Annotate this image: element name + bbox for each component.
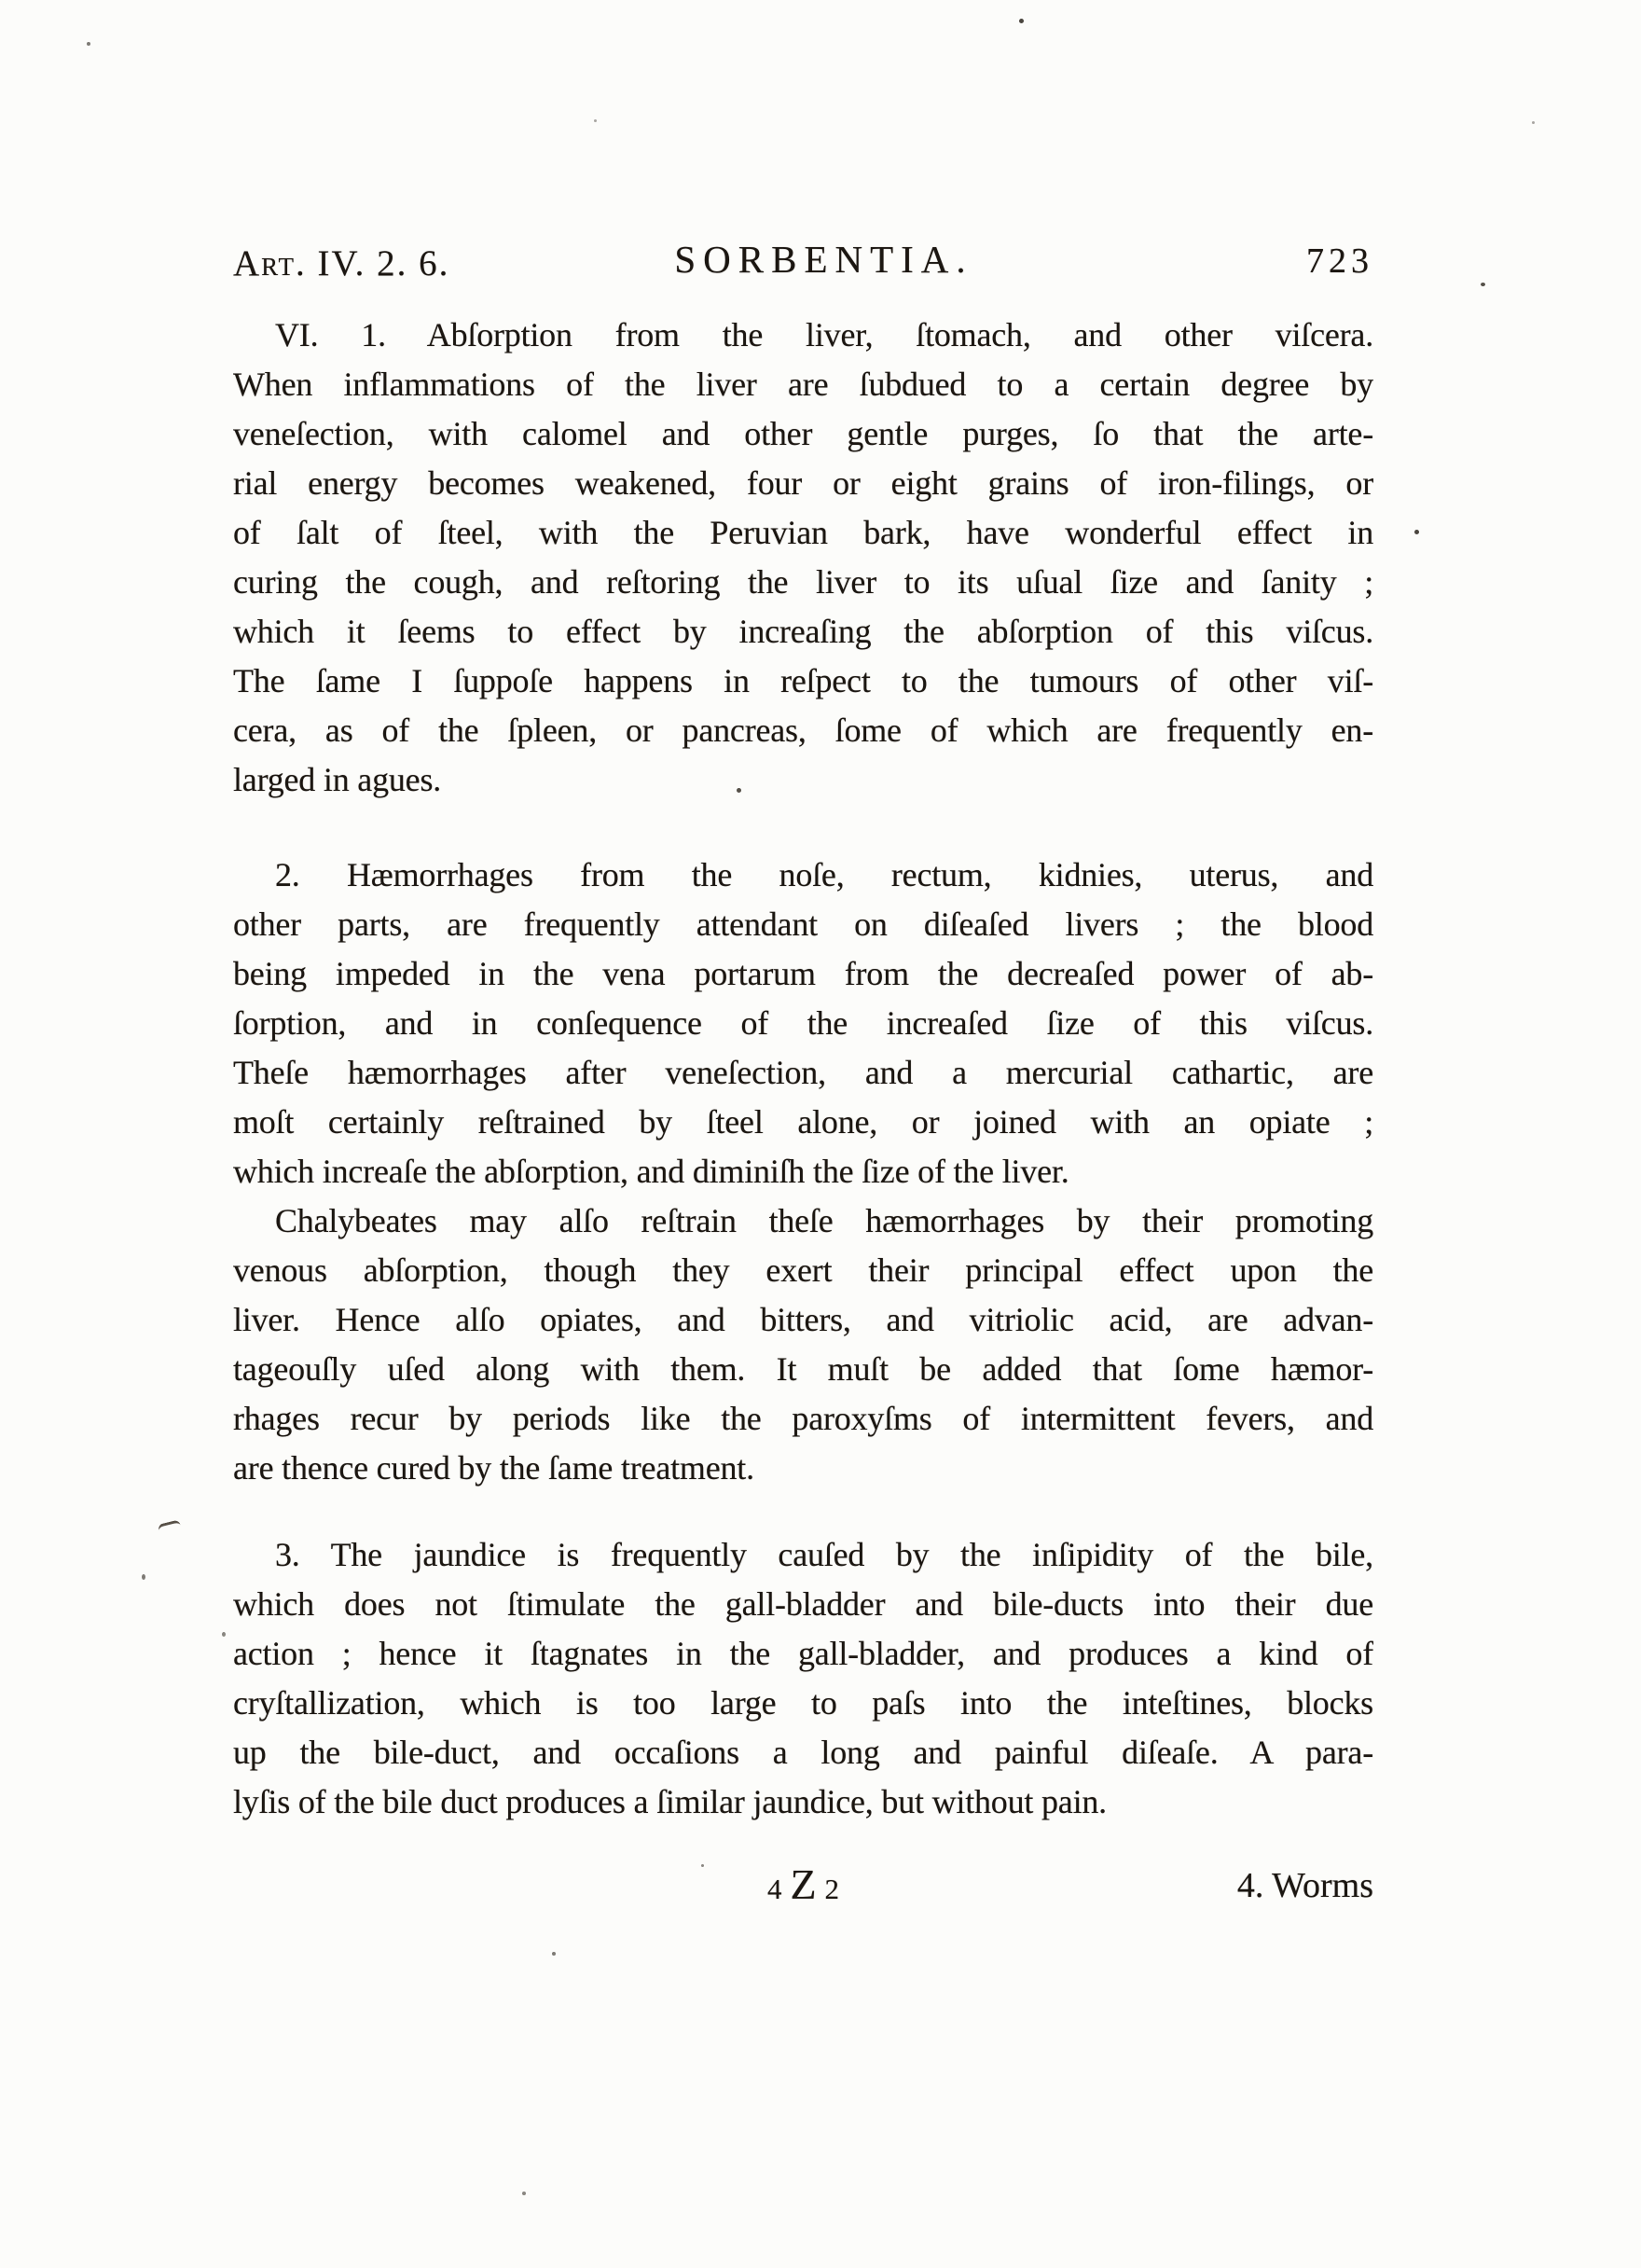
text-line: action ; hence it ſtagnates in the gall-… <box>233 1629 1373 1679</box>
text-line: rhages recur by periods like the paroxyſ… <box>233 1394 1373 1444</box>
text-line: 2. Hæmorrhages from the noſe, rectum, ki… <box>233 850 1373 900</box>
text-line: lyſis of the bile duct produces a ſimila… <box>233 1777 1373 1827</box>
text-line: 3. The jaundice is frequently cauſed by … <box>233 1530 1373 1580</box>
scan-speck <box>552 1952 556 1956</box>
text-line: The ſame I ſuppoſe happens in reſpect to… <box>233 657 1373 706</box>
text-line: cryſtallization, which is too large to p… <box>233 1679 1373 1728</box>
scan-speck <box>737 788 741 793</box>
book-page: Art. IV. 2. 6. SORBENTIA. 723 VI. 1. Abſ… <box>0 0 1641 2268</box>
paragraph-1: VI. 1. Abſorption from the liver, ſtomac… <box>233 311 1373 805</box>
text-line: cera, as of the ſpleen, or pancreas, ſom… <box>233 706 1373 755</box>
scan-speck <box>1414 530 1419 534</box>
article-number: Art. IV. 2. 6. <box>233 242 449 284</box>
page-footer: 4Z2 4. Worms <box>233 1860 1373 1919</box>
text-line: other parts, are frequently attendant on… <box>233 900 1373 949</box>
scan-speck <box>522 2192 526 2195</box>
page-header: Art. IV. 2. 6. SORBENTIA. 723 <box>233 237 1373 293</box>
scan-speck <box>701 1864 704 1867</box>
paragraph-group-2: 2. Hæmorrhages from the noſe, rectum, ki… <box>233 850 1373 1493</box>
text-line: tageouſly uſed along with them. It muſt … <box>233 1345 1373 1394</box>
text-line: VI. 1. Abſorption from the liver, ſtomac… <box>233 311 1373 360</box>
scan-speck <box>1532 121 1535 124</box>
text-line: Chalybeates may alſo reſtrain theſe hæmo… <box>233 1196 1373 1246</box>
signature-letter: Z <box>781 1860 824 1908</box>
page-number: 723 <box>1306 241 1373 282</box>
scan-speck <box>87 42 90 46</box>
text-line: ſorption, and in conſequence of the incr… <box>233 999 1373 1048</box>
text-line: which increaſe the abſorption, and dimin… <box>233 1147 1373 1196</box>
text-line: which does not ſtimulate the gall-bladde… <box>233 1580 1373 1629</box>
text-line: up the bile-duct, and occaſions a long a… <box>233 1728 1373 1777</box>
catchword: 4. Worms <box>1237 1865 1373 1906</box>
signature-mark: 4Z2 <box>767 1860 839 1909</box>
text-line: moſt certainly reſtrained by ſteel alone… <box>233 1098 1373 1147</box>
text-line: veneſection, with calomel and other gent… <box>233 409 1373 459</box>
text-line: liver. Hence alſo opiates, and bitters, … <box>233 1295 1373 1345</box>
signature-number-right: 2 <box>825 1873 840 1905</box>
text-line: which it ſeems to effect by increaſing t… <box>233 607 1373 657</box>
scan-speck <box>1019 19 1024 23</box>
text-line: of ſalt of ſteel, with the Peruvian bark… <box>233 508 1373 558</box>
text-line: Theſe hæmorrhages after veneſection, and… <box>233 1048 1373 1098</box>
text-line: When inflammations of the liver are ſubd… <box>233 360 1373 409</box>
scan-squiggle-mark <box>158 1519 182 1536</box>
paragraph-3: Chalybeates may alſo reſtrain theſe hæmo… <box>233 1196 1373 1493</box>
scan-speck <box>222 1632 226 1637</box>
text-line: being impeded in the vena portarum from … <box>233 949 1373 999</box>
text-line: curing the cough, and reſtoring the live… <box>233 558 1373 607</box>
text-line: venous abſorption, though they exert the… <box>233 1246 1373 1295</box>
signature-number-left: 4 <box>767 1873 782 1905</box>
text-line: are thence cured by the ſame treatment. <box>233 1444 1373 1493</box>
paragraph-4: 3. The jaundice is frequently cauſed by … <box>233 1530 1373 1827</box>
text-line: larged in agues. <box>233 755 1373 805</box>
text-line: rial energy becomes weakened, four or ei… <box>233 459 1373 508</box>
running-title: SORBENTIA. <box>674 237 972 282</box>
paragraph-2: 2. Hæmorrhages from the noſe, rectum, ki… <box>233 850 1373 1196</box>
scan-speck <box>1481 283 1485 286</box>
scan-speck <box>142 1574 145 1580</box>
scan-speck <box>594 119 597 122</box>
